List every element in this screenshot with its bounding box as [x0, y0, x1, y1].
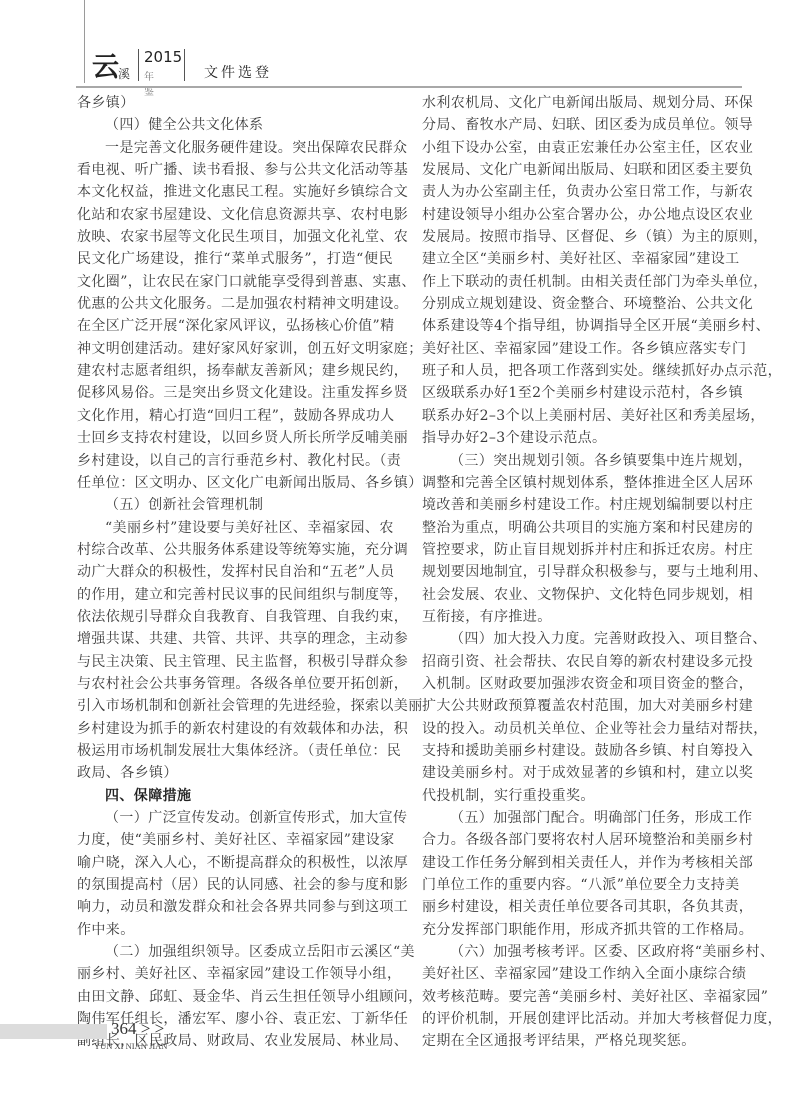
page-number: 364 > > — [111, 1019, 164, 1039]
text-line: 管控要求，防止盲目规划拆并村庄和拆迁农房。村庄 — [422, 539, 738, 561]
text-line: 互衔接，有序推进。 — [422, 606, 738, 628]
text-line: 分局、畜牧水产局、妇联、团区委为成员单位。领导 — [422, 114, 738, 136]
text-line: 本文化权益，推进文化惠民工程。实施好乡镇综合文 — [77, 181, 393, 203]
text-line: 小组下设办公室，由袁正宏兼任办公室主任，区农业 — [422, 137, 738, 159]
text-line: 建设工作任务分解到相关责任人，并作为考核相关部 — [422, 852, 738, 874]
text-line: 放映、农家书屋等文化民生项目，加强文化礼堂、农 — [77, 226, 393, 248]
header-rule — [76, 86, 742, 88]
text-line: 与农村社会公共事务管理。各级各单位要开拓创新， — [77, 673, 393, 695]
text-line: 村建设领导小组办公室合署办公，办公地点设区农业 — [422, 204, 738, 226]
footer-bar — [0, 1024, 107, 1039]
text-line: 充分发挥部门职能作用，形成齐抓共管的工作格局。 — [422, 919, 738, 941]
yearbook-year: 2015 — [144, 49, 182, 65]
text-line: “美丽乡村”建设要与美好社区、幸福家园、农 — [77, 517, 393, 539]
text-line: 建设美丽乡村。对于成效显著的乡镇和村，建立以奖 — [422, 762, 738, 784]
text-line: 化站和农家书屋建设、文化信息资源共享、农村电影 — [77, 204, 393, 226]
text-line: 招商引资、社会帮扶、农民自筹的新农村建设多元投 — [422, 651, 738, 673]
text-line: 响力，动员和激发群众和社会各界共同参与到这项工 — [77, 896, 393, 918]
text-line: 指导办好2–3个建设示范点。 — [422, 427, 738, 449]
text-line: 引入市场机制和创新社会管理的先进经验，探索以美丽 — [77, 695, 393, 717]
text-line: 增强共谋、共建、共管、共评、共享的理念，主动参 — [77, 628, 393, 650]
text-line: 丽乡村、美好社区、幸福家园”建设工作领导小组， — [77, 963, 393, 985]
text-line: 依法依规引导群众自我教育、自我管理、自我约束， — [77, 606, 393, 628]
text-line: 的评价机制，开展创建评比活动。并加大考核督促力度， — [422, 1008, 738, 1030]
text-line: 在全区广泛开展“深化家风评议，弘扬核心价值”精 — [77, 315, 393, 337]
text-line: 任单位：区文明办、区文化广电新闻出版局、各乡镇） — [77, 472, 393, 494]
logo-char-xi: 溪 — [118, 65, 130, 82]
text-line: 喻户晓，深入人心，不断提高群众的积极性，以浓厚 — [77, 852, 393, 874]
text-line: 整治为重点，明确公共项目的实施方案和村民建房的 — [422, 517, 738, 539]
text-line: 合力。各级各部门要将农村人居环境整治和美丽乡村 — [422, 829, 738, 851]
text-line: （三）突出规划引领。各乡镇要集中连片规划， — [422, 450, 738, 472]
text-line: （二）加强组织领导。区委成立岳阳市云溪区“美 — [77, 941, 393, 963]
text-line: （一）广泛宣传发动。创新宣传形式，加大宣传 — [77, 807, 393, 829]
text-line: 作中来。 — [77, 919, 393, 941]
text-line: 发展局。按照市指导、区督促、乡（镇）为主的原则， — [422, 226, 738, 248]
text-line: 丽乡村建设，相关责任单位要各司其职，各负其责， — [422, 896, 738, 918]
text-line: （五）加强部门配合。明确部门任务，形成工作 — [422, 807, 738, 829]
text-line: 乡村建设，以自己的言行垂范乡村、教化村民。（责 — [77, 450, 393, 472]
text-line: 与民主决策、民主管理、民主监督，积极引导群众参 — [77, 651, 393, 673]
text-line: 政局、各乡镇） — [77, 762, 393, 784]
text-line: 士回乡支持农村建设，以回乡贤人所长所学反哺美丽 — [77, 427, 393, 449]
text-line: 优惠的公共文化服务。二是加强农村精神文明建设。 — [77, 293, 393, 315]
text-line: 班子和人员，把各项工作落到实处。继续抓好办点示范， — [422, 360, 738, 382]
text-line: 调整和完善全区镇村规划体系，整体推进全区人居环 — [422, 472, 738, 494]
text-line: 责人为办公室副主任，负责办公室日常工作，与新农 — [422, 181, 738, 203]
text-line: 的作用，建立和完善村民议事的民间组织与制度等， — [77, 584, 393, 606]
text-line: 规划要因地制宜，引导群众积极参与，要与土地利用、 — [422, 561, 738, 583]
text-line: 动广大群众的积极性，发挥村民自治和“五老”人员 — [77, 561, 393, 583]
text-line: （六）加强考核考评。区委、区政府将“美丽乡村、 — [422, 941, 738, 963]
text-line: 定期在全区通报考评结果，严格兑现奖惩。 — [422, 1030, 738, 1052]
text-line: 支持和援助美丽乡村建设。鼓励各乡镇、村自筹投入 — [422, 740, 738, 762]
text-line: 门单位工作的重要内容。“八派”单位要全力支持美 — [422, 874, 738, 896]
footer-publication-name: YUN XI NIAN JIAN — [94, 1041, 167, 1051]
text-line: 社会发展、农业、文物保护、文化特色同步规划，相 — [422, 584, 738, 606]
text-line: 各乡镇） — [77, 92, 393, 114]
text-line: 建立全区“美丽乡村、美好社区、幸福家园”建设工 — [422, 248, 738, 270]
text-line: （四）健全公共文化体系 — [77, 114, 393, 136]
text-line: 由田文静、邱虹、聂金华、肖云生担任领导小组顾问， — [77, 986, 393, 1008]
text-line: 民文化广场建设，推行“菜单式服务”，打造“便民 — [77, 248, 393, 270]
header-divider — [138, 49, 139, 81]
right-text-column: 水利农机局、文化广电新闻出版局、规划分局、环保分局、畜牧水产局、妇联、团区委为成… — [422, 92, 738, 1053]
text-line: 境改善和美丽乡村建设工作。村庄规划编制要以村庄 — [422, 494, 738, 516]
section-title: 文件选登 — [204, 62, 272, 82]
text-line: （四）加大投入力度。完善财政投入、项目整合、 — [422, 628, 738, 650]
text-line: 看电视、听广播、读书看报、参与公共文化活动等基 — [77, 159, 393, 181]
text-line: 发展局、文化广电新闻出版局、妇联和团区委主要负 — [422, 159, 738, 181]
text-line: 体系建设等4个指导组，协调指导全区开展“美丽乡村、 — [422, 315, 738, 337]
header-divider — [184, 49, 185, 81]
text-line: 促移风易俗。三是突出乡贤文化建设。注重发挥乡贤 — [77, 382, 393, 404]
text-line: 效考核范畴。要完善“美丽乡村、美好社区、幸福家园” — [422, 986, 738, 1008]
text-line: 代投机制，实行重投重奖。 — [422, 785, 738, 807]
text-line: 神文明创建活动。建好家风好家训，创五好文明家庭； — [77, 338, 393, 360]
text-line: 区级联系办好1至2个美丽乡村建设示范村，各乡镇 — [422, 382, 738, 404]
section-heading: 四、保障措施 — [77, 785, 393, 807]
text-line: 力度，使“美丽乡村、美好社区、幸福家园”建设家 — [77, 829, 393, 851]
text-line: （五）创新社会管理机制 — [77, 494, 393, 516]
text-line: 极运用市场机制发展壮大集体经济。（责任单位：民 — [77, 740, 393, 762]
logo-char-yun: 云 — [92, 54, 119, 82]
text-line: 乡村建设为抓手的新农村建设的有效载体和办法，积 — [77, 718, 393, 740]
text-line: 一是完善文化服务硬件建设。突出保障农民群众 — [77, 137, 393, 159]
text-line: 文化作用，精心打造“回归工程”，鼓励各界成功人 — [77, 405, 393, 427]
header-vertical-rule — [84, 0, 85, 83]
left-text-column: 各乡镇）（四）健全公共文化体系一是完善文化服务硬件建设。突出保障农民群众看电视、… — [77, 92, 393, 1053]
text-line: 文化圈”，让农民在家门口就能享受得到普惠、实惠、 — [77, 271, 393, 293]
text-line: 的氛围提高村（居）民的认同感、社会的参与度和影 — [77, 874, 393, 896]
text-line: 水利农机局、文化广电新闻出版局、规划分局、环保 — [422, 92, 738, 114]
text-line: 建农村志愿者组织，扬奉献友善新风；建乡规民约， — [77, 360, 393, 382]
text-line: 入机制。区财政要加强涉农资金和项目资金的整合， — [422, 673, 738, 695]
text-line: 分别成立规划建设、资金整合、环境整治、公共文化 — [422, 293, 738, 315]
text-line: 美好社区、幸福家园”建设工作纳入全面小康综合绩 — [422, 963, 738, 985]
text-line: 联系办好2–3个以上美丽村居、美好社区和秀美屋场， — [422, 405, 738, 427]
text-line: 设的投入。动员机关单位、企业等社会力量结对帮扶， — [422, 718, 738, 740]
text-line: 美好社区、幸福家园”建设工作。各乡镇应落实专门 — [422, 338, 738, 360]
text-line: 扩大公共财政预算覆盖农村范围，加大对美丽乡村建 — [422, 695, 738, 717]
text-line: 村综合改革、公共服务体系建设等统筹实施，充分调 — [77, 539, 393, 561]
text-line: 作上下联动的责任机制。由相关责任部门为牵头单位， — [422, 271, 738, 293]
